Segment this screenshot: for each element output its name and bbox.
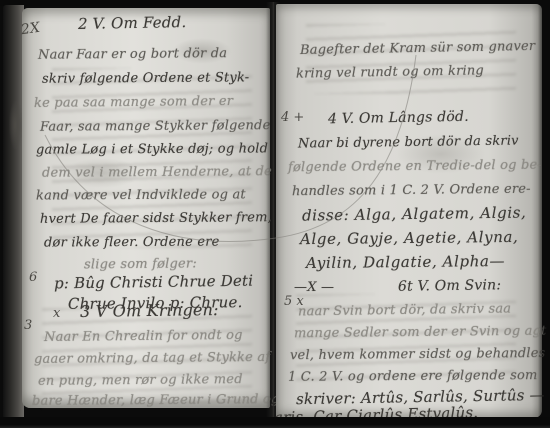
left-page: 2X 2 V. Om Fedd. Naar Faar er og bort dö… (22, 8, 270, 408)
charm-words-line: Ayilin, Dalgatie, Alpha— (306, 254, 505, 271)
manuscript-line: dem vel i mellem Henderne, at de (42, 165, 272, 180)
manuscript-line: kring vel rundt og om kring (296, 64, 484, 80)
charm-line: p: Bûg Christi Chrue Deti (54, 274, 253, 292)
manuscript-line: Bagefter det Kram sür som gnaver (300, 40, 536, 57)
margin-mark-2x: 2X (20, 20, 41, 38)
manuscript-line: gaaer omkring, da tag et Stykke af (34, 351, 270, 366)
right-section1-heading: 4 V. Om Lângs död. (328, 110, 469, 126)
margin-mark-4: 4 + (281, 110, 304, 125)
manuscript-line: en pung, men rør og ikke med (38, 373, 243, 388)
manuscript-line: Naar Faar er og bort dör da (38, 47, 227, 62)
charm-words-line: Alge, Gayje, Agetie, Alyna, (300, 230, 518, 247)
book-cover-edge (3, 5, 24, 420)
manuscript-line: slige som følger: (84, 258, 197, 272)
manuscript-line: kand være vel Indviklede og at (36, 188, 246, 202)
manuscript-line: Faar, saa mange Stykker følgende (40, 119, 271, 134)
manuscript-line: dør ikke fleer. Ordene ere (44, 236, 220, 250)
manuscript-line: handles som i 1 C. 2 V. Ordene ere- (292, 183, 531, 198)
manuscript-line: vel, hvem kommer sidst og behandles som (290, 347, 550, 363)
manuscript-line: 1 C. 2 V. og ordene ere følgende som (288, 369, 538, 384)
manuscript-line: hvert De faaer sidst Stykker frem, (40, 211, 272, 226)
margin-mark-3: 3 (24, 318, 32, 333)
left-page-heading: 2 V. Om Fedd. (78, 15, 187, 32)
manuscript-line: bare Hænder, læg Fæeur i Grund og (32, 393, 280, 408)
manuscript-line: Naar bi dyrene bort dör da skriv (298, 134, 519, 150)
bleed-through-text (306, 24, 516, 94)
manuscript-line: ke paa saa mange som der er (34, 95, 233, 110)
manuscript-line: naar Svin bort dör, da skriv saa (298, 303, 511, 319)
manuscript-line: mange Sedler som der er Svin og agt (294, 325, 547, 341)
manuscript-line: —X — (294, 281, 334, 294)
manuscript-line: skriv følgende Ordene et Styk- (42, 71, 249, 85)
right-section2-heading: 6t V. Om Svin: (398, 278, 501, 293)
manuscript-line: Naar En Chrealin for ondt og (44, 329, 243, 344)
manuscript-photo: 2X 2 V. Om Fedd. Naar Faar er og bort dö… (0, 0, 550, 428)
margin-mark-6: 6 (29, 270, 37, 285)
left-section-heading: 3 V Om Kringen: (80, 302, 219, 320)
charm-words-line: disse: Alga, Algatem, Algis, (302, 205, 527, 223)
manuscript-line: gamle Løg i et Stykke døj; og hold (36, 142, 268, 156)
margin-mark-x: x (53, 306, 60, 321)
manuscript-line: følgende Ordene en Tredie-del og be- (288, 159, 542, 175)
photo-bottom-border (0, 417, 550, 428)
photo-right-shadow (538, 0, 550, 428)
cover-smudge (9, 101, 23, 149)
right-page: Bagefter det Kram sür som gnaver kring v… (276, 4, 542, 418)
